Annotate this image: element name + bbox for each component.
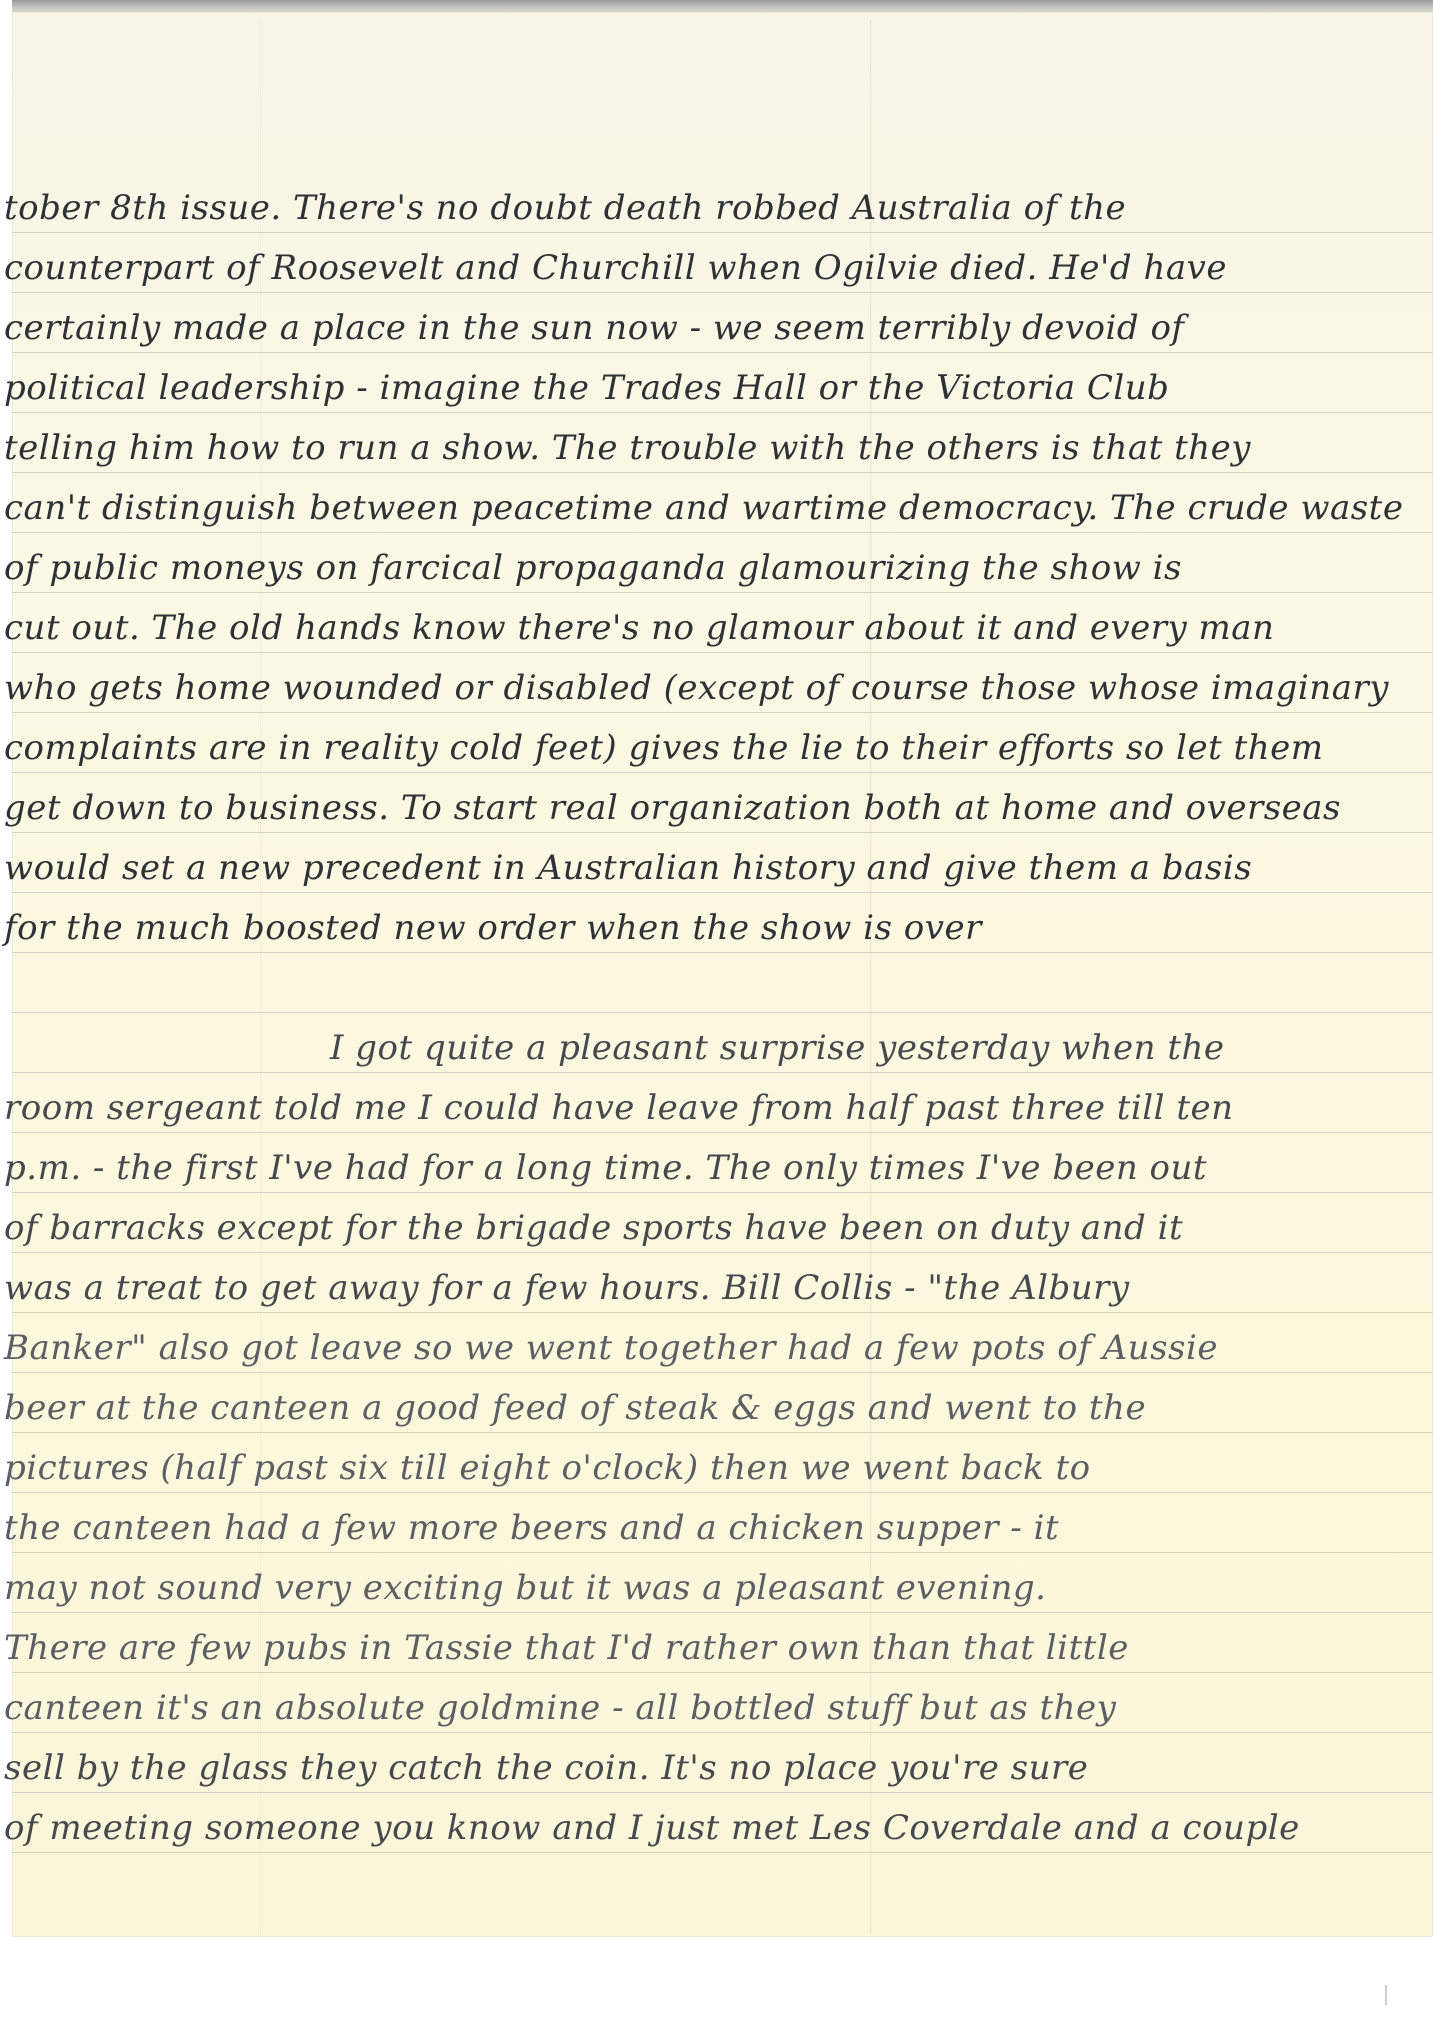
ruled-line (12, 1552, 1433, 1553)
handwritten-line: the canteen had a few more beers and a c… (4, 1508, 1059, 1548)
handwritten-line: certainly made a place in the sun now - … (4, 308, 1185, 348)
ruled-line (12, 772, 1433, 773)
ruled-line (12, 1372, 1433, 1373)
handwritten-line: sell by the glass they catch the coin. I… (4, 1748, 1088, 1788)
handwritten-line: can't distinguish between peacetime and … (4, 488, 1403, 528)
ruled-line (12, 712, 1433, 713)
handwritten-line: of meeting someone you know and I just m… (4, 1808, 1300, 1848)
handwritten-line: beer at the canteen a good feed of steak… (4, 1388, 1146, 1428)
ruled-line (12, 352, 1433, 353)
handwritten-line-paragraph-start: I got quite a pleasant surprise yesterda… (330, 1028, 1225, 1068)
handwritten-line: complaints are in reality cold feet) giv… (4, 728, 1323, 768)
handwritten-line: for the much boosted new order when the … (4, 908, 982, 948)
handwritten-line: would set a new precedent in Australian … (4, 848, 1252, 888)
handwritten-line: p.m. - the first I've had for a long tim… (4, 1148, 1207, 1188)
ruled-line (12, 1252, 1433, 1253)
ruled-line (12, 1312, 1433, 1313)
handwritten-line: pictures (half past six till eight o'clo… (4, 1448, 1091, 1488)
ruled-line (12, 1792, 1433, 1793)
handwritten-line: may not sound very exciting but it was a… (4, 1568, 1046, 1608)
ruled-line (12, 532, 1433, 533)
handwritten-line: of barracks except for the brigade sport… (4, 1208, 1183, 1248)
scan-margin-mark (1385, 1985, 1387, 2005)
ruled-line (12, 1072, 1433, 1073)
ruled-line (12, 232, 1433, 233)
ruled-line (12, 1852, 1433, 1853)
ruled-line (12, 1432, 1433, 1433)
ruled-line (12, 1732, 1433, 1733)
handwritten-line: of public moneys on farcical propaganda … (4, 548, 1182, 588)
scanned-page: tober 8th issue. There's no doubt death … (0, 0, 1433, 2023)
ruled-line (12, 952, 1433, 953)
handwritten-line: political leadership - imagine the Trade… (4, 368, 1169, 408)
ruled-line (12, 592, 1433, 593)
handwritten-line: tober 8th issue. There's no doubt death … (4, 188, 1126, 228)
ruled-line (12, 1672, 1433, 1673)
ruled-line (12, 1492, 1433, 1493)
letter-body: tober 8th issue. There's no doubt death … (0, 0, 1433, 1925)
handwritten-line: cut out. The old hands know there's no g… (4, 608, 1274, 648)
ruled-line (12, 1612, 1433, 1613)
ruled-line (12, 832, 1433, 833)
ruled-line (12, 1192, 1433, 1193)
handwritten-line: There are few pubs in Tassie that I'd ra… (4, 1628, 1129, 1668)
handwritten-line: Banker" also got leave so we went togeth… (4, 1328, 1218, 1368)
ruled-line (12, 1132, 1433, 1133)
handwritten-line: was a treat to get away for a few hours.… (4, 1268, 1130, 1308)
ruled-line (12, 292, 1433, 293)
ruled-line (12, 1012, 1433, 1013)
handwritten-line: telling him how to run a show. The troub… (4, 428, 1251, 468)
ruled-line (12, 472, 1433, 473)
handwritten-line: get down to business. To start real orga… (4, 788, 1341, 828)
handwritten-line: who gets home wounded or disabled (excep… (4, 668, 1389, 708)
ruled-line (12, 412, 1433, 413)
handwritten-line: counterpart of Roosevelt and Churchill w… (4, 248, 1227, 288)
ruled-line (12, 892, 1433, 893)
ruled-line (12, 652, 1433, 653)
handwritten-line: canteen it's an absolute goldmine - all … (4, 1688, 1116, 1728)
handwritten-line: room sergeant told me I could have leave… (4, 1088, 1234, 1128)
